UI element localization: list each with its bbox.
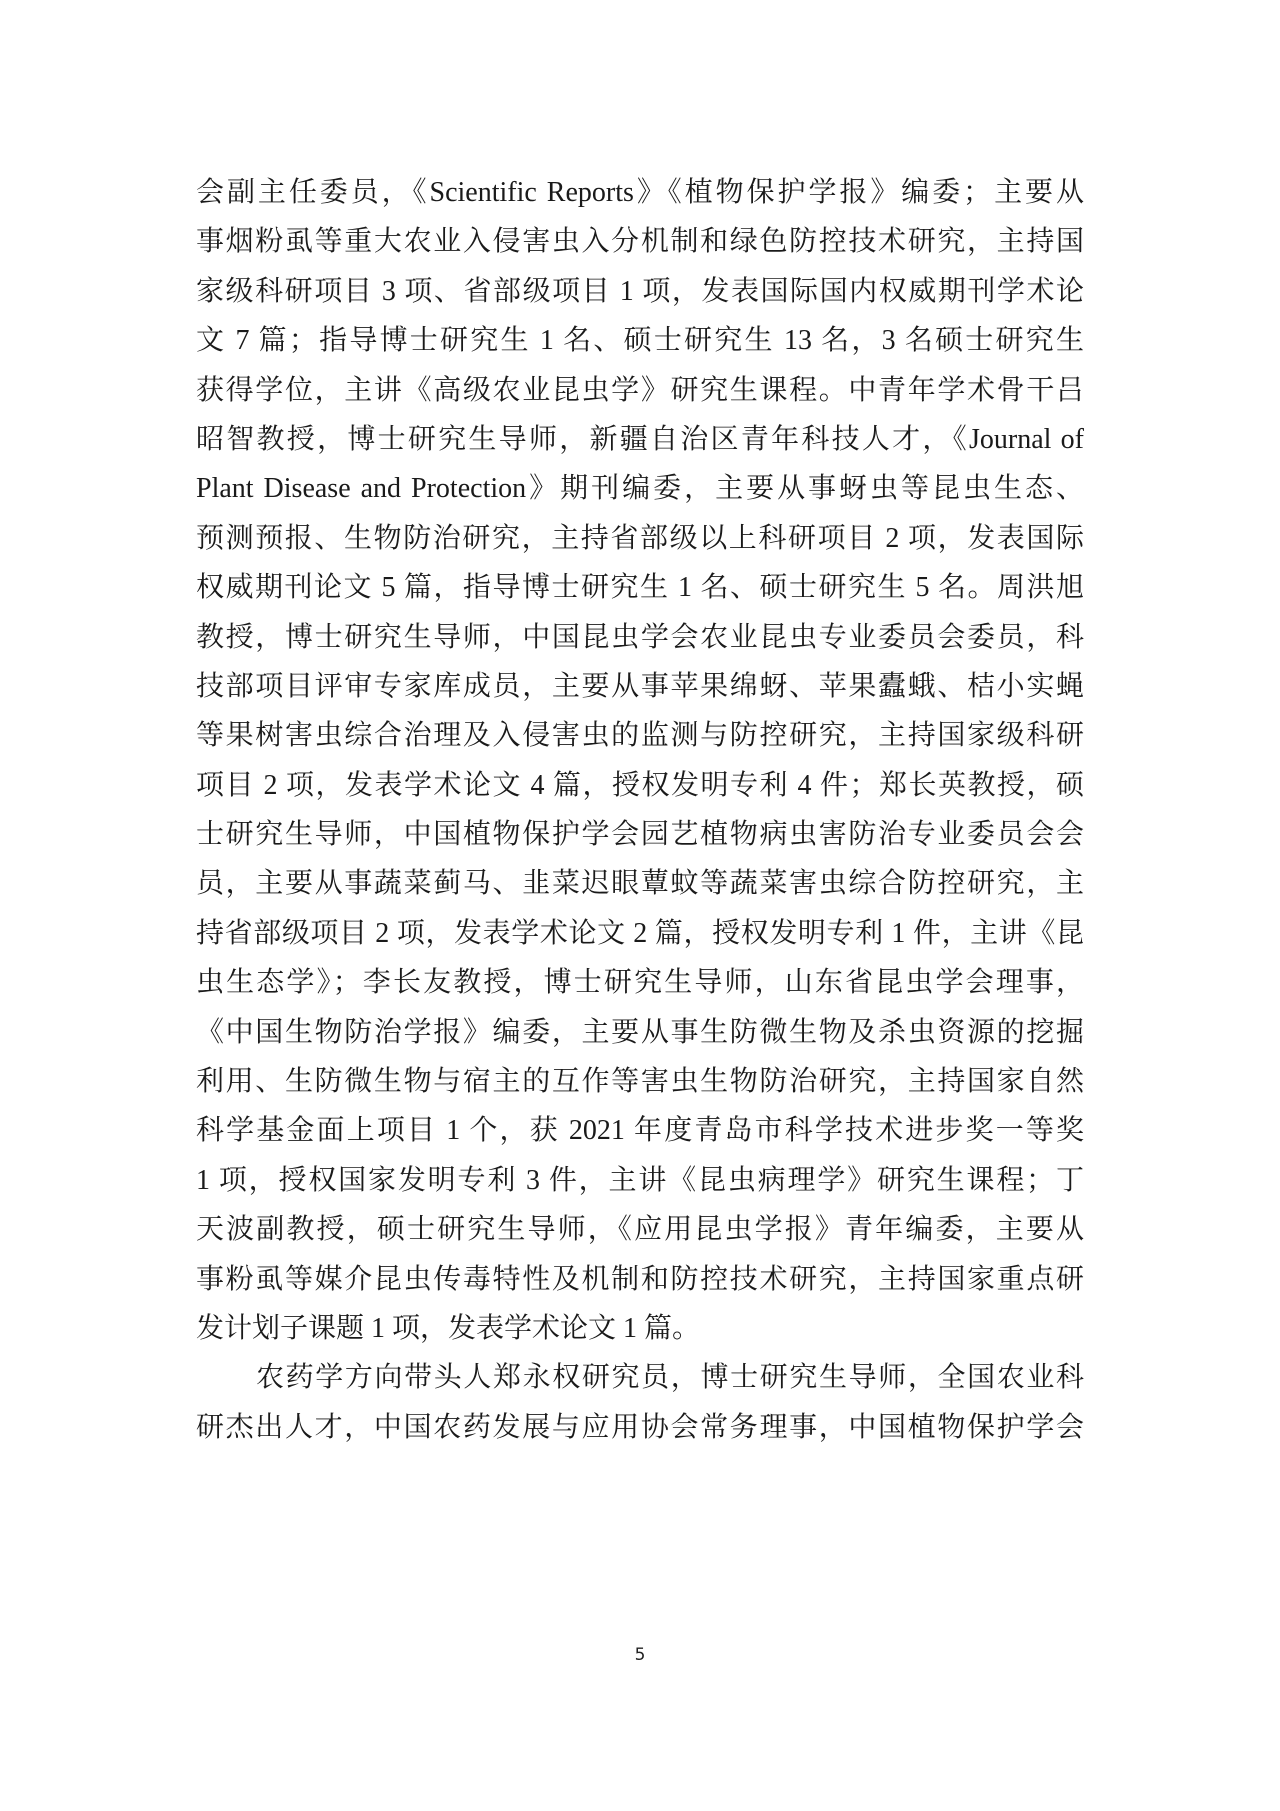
text-line: 士研究生导师，中国植物保护学会园艺植物病虫害防治专业委员会会 [196,810,1084,859]
text-line: 《中国生物防治学报》编委，主要从事生防微生物及杀虫资源的挖掘 [196,1008,1084,1057]
text-line: 农药学方向带头人郑永权研究员，博士研究生导师，全国农业科 [196,1353,1084,1402]
text-line: 等果树害虫综合治理及入侵害虫的监测与防控研究，主持国家级科研 [196,711,1084,760]
text-line: 教授，博士研究生导师，中国昆虫学会农业昆虫专业委员会委员，科 [196,613,1084,662]
text-line: 昭智教授，博士研究生导师，新疆自治区青年科技人才，《Journal of [196,415,1084,464]
text-line: 会副主任委员，《Scientific Reports》《植物保护学报》编委；主要… [196,168,1084,217]
text-line: 虫生态学》；李长友教授，博士研究生导师，山东省昆虫学会理事， [196,958,1084,1007]
text-line: 研杰出人才，中国农药发展与应用协会常务理事，中国植物保护学会 [196,1403,1084,1452]
text-line: 技部项目评审专家库成员，主要从事苹果绵蚜、苹果蠹蛾、桔小实蝇 [196,662,1084,711]
text-line: 持省部级项目 2 项，发表学术论文 2 篇，授权发明专利 1 件，主讲《昆 [196,909,1084,958]
text-line: 发计划子课题 1 项，发表学术论文 1 篇。 [196,1304,1084,1353]
text-line: 天波副教授，硕士研究生导师，《应用昆虫学报》青年编委，主要从 [196,1205,1084,1254]
text-line: Plant Disease and Protection》期刊编委，主要从事蚜虫… [196,464,1084,513]
text-line: 预测预报、生物防治研究，主持省部级以上科研项目 2 项，发表国际 [196,514,1084,563]
text-line: 员，主要从事蔬菜蓟马、韭菜迟眼蕈蚊等蔬菜害虫综合防控研究，主 [196,859,1084,908]
text-line: 获得学位，主讲《高级农业昆虫学》研究生课程。中青年学术骨干吕 [196,366,1084,415]
text-line: 1 项，授权国家发明专利 3 件，主讲《昆虫病理学》研究生课程；丁 [196,1156,1084,1205]
body-text: 会副主任委员，《Scientific Reports》《植物保护学报》编委；主要… [196,168,1084,1452]
text-line: 项目 2 项，发表学术论文 4 篇，授权发明专利 4 件；郑长英教授，硕 [196,761,1084,810]
page-number: 5 [0,1645,1280,1665]
text-line: 事粉虱等媒介昆虫传毒特性及机制和防控技术研究，主持国家重点研 [196,1255,1084,1304]
text-line: 事烟粉虱等重大农业入侵害虫入分机制和绿色防控技术研究，主持国 [196,217,1084,266]
text-line: 家级科研项目 3 项、省部级项目 1 项，发表国际国内权威期刊学术论 [196,267,1084,316]
text-line: 科学基金面上项目 1 个，获 2021 年度青岛市科学技术进步奖一等奖 [196,1106,1084,1155]
text-line: 权威期刊论文 5 篇，指导博士研究生 1 名、硕士研究生 5 名。周洪旭 [196,563,1084,612]
paragraph-pesticide-science: 农药学方向带头人郑永权研究员，博士研究生导师，全国农业科研杰出人才，中国农药发展… [196,1353,1084,1452]
paragraph-faculty-entomology: 会副主任委员，《Scientific Reports》《植物保护学报》编委；主要… [196,168,1084,1353]
text-line: 利用、生防微生物与宿主的互作等害虫生物防治研究，主持国家自然 [196,1057,1084,1106]
document-page: 会副主任委员，《Scientific Reports》《植物保护学报》编委；主要… [0,0,1280,1811]
text-line: 文 7 篇；指导博士研究生 1 名、硕士研究生 13 名，3 名硕士研究生 [196,316,1084,365]
